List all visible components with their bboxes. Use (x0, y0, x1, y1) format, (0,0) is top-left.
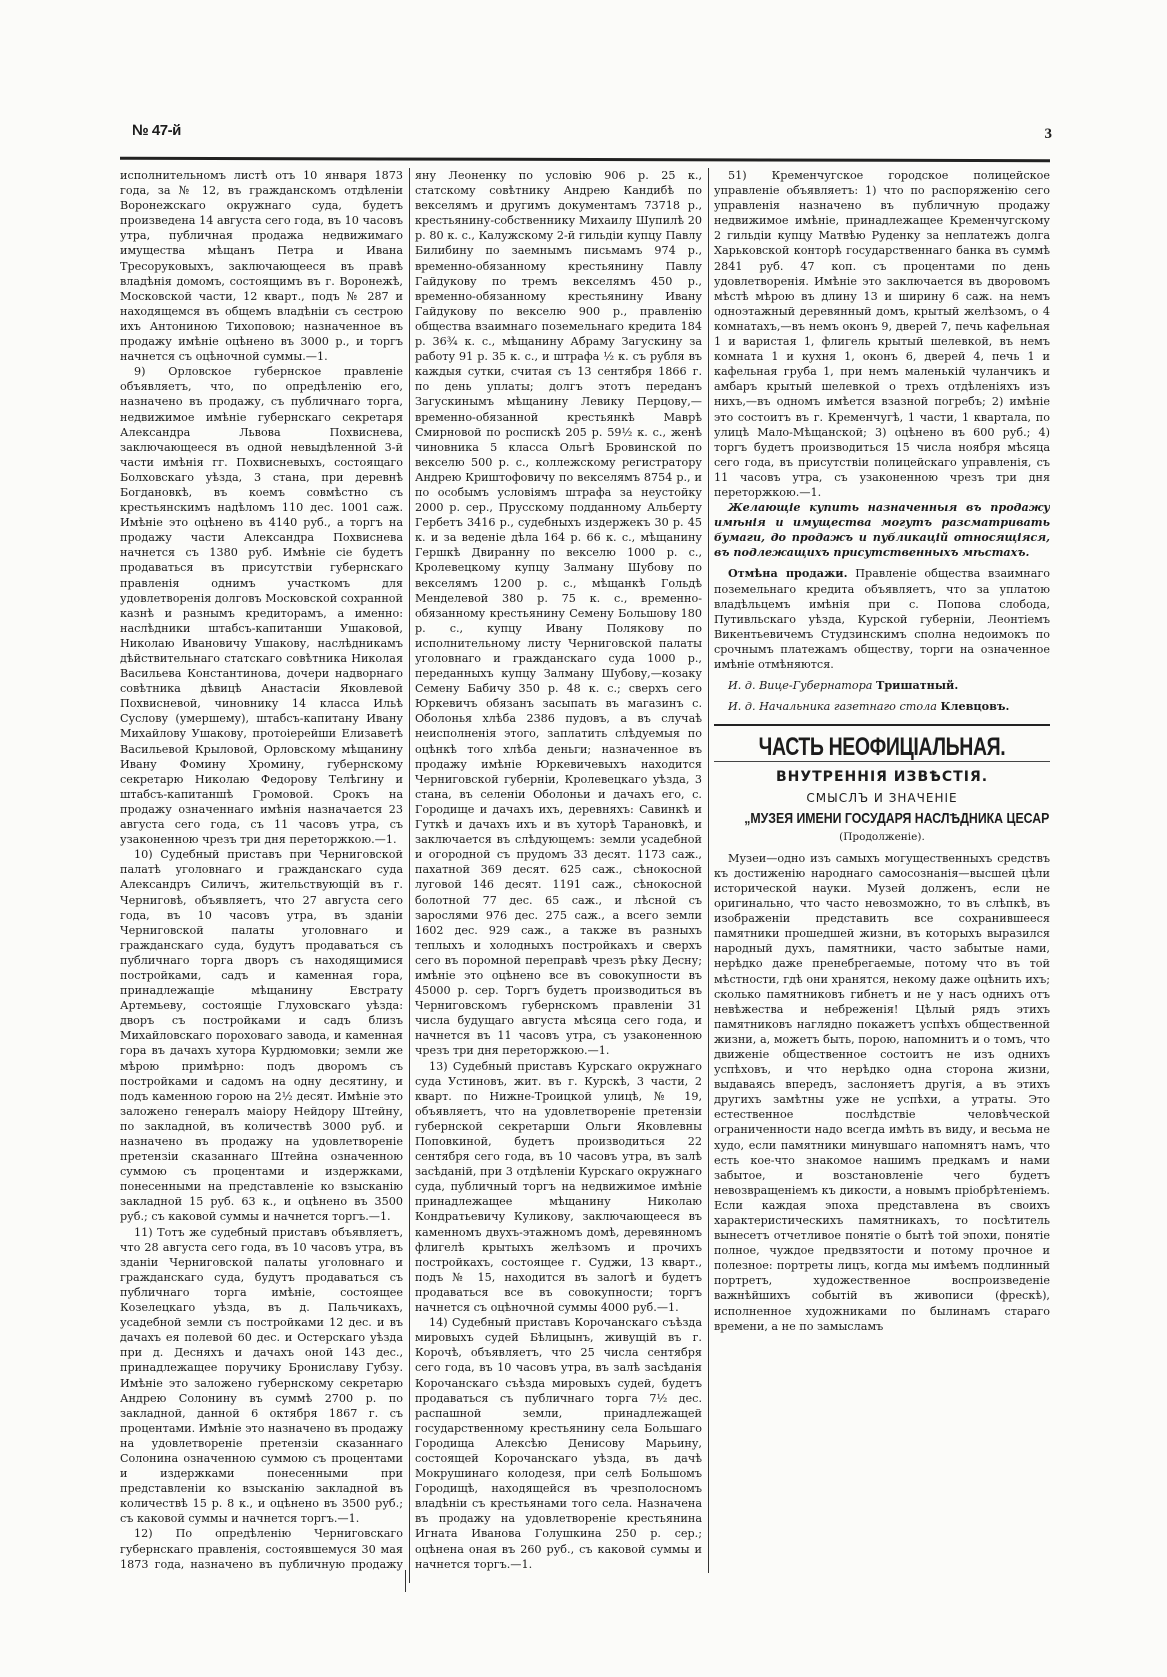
notice-9: 9) Орловское губернское правленіе объявл… (120, 364, 403, 847)
article-continued-label: (Продолженіе). (714, 830, 1050, 845)
article-kicker: СМЫСЛЪ И ЗНАЧЕНІЕ (714, 791, 1050, 806)
newspaper-columns: исполнительномъ листѣ отъ 10 января 1873… (120, 168, 1050, 1578)
notice-12-continuation: яну Леоненку по условію 906 р. 25 к., ст… (415, 168, 702, 1059)
cancellation-lead: Отмѣна продажи. (728, 566, 848, 580)
page-number: 3 (1045, 126, 1053, 143)
signature-vice-governor: И. д. Вице-Губернатора Тришатный. (714, 678, 1050, 693)
cancellation-text: Правленіе общества взаимнаго поземельнаг… (714, 567, 1050, 671)
signature-name: Тришатный. (876, 678, 958, 692)
notice-continuation: исполнительномъ листѣ отъ 10 января 1873… (120, 168, 403, 364)
cancellation-notice: Отмѣна продажи. Правленіе общества взаим… (714, 566, 1050, 672)
column-divider (409, 168, 410, 1583)
column-2: яну Леоненку по условію 906 р. 25 к., ст… (415, 168, 702, 1573)
section-rule (714, 724, 1050, 726)
notice-10: 10) Судебный приставъ при Черниговской п… (120, 847, 403, 1224)
notice-11: 11) Тотъ же судебный приставъ объявляетъ… (120, 1225, 403, 1527)
signature-name: Клевцовъ. (940, 699, 1009, 713)
buyers-notice: Желающіе купить назначенныя въ продажу и… (714, 500, 1050, 560)
column-1: исполнительномъ листѣ отъ 10 января 1873… (120, 168, 403, 1573)
signature-desk-chief: И. д. Начальника газетнаго стола Клевцов… (714, 699, 1050, 714)
section-subrule (714, 761, 1050, 762)
notice-13: 13) Судебный приставъ Курскаго окружнаго… (415, 1059, 702, 1316)
article-body: Музеи—одно изъ самыхъ могущественныхъ ср… (714, 851, 1050, 1334)
column-3: 51) Кременчугское городское полицейское … (714, 168, 1050, 1573)
notice-12: 12) По опредѣленію Черниговскаго губернс… (120, 1526, 403, 1573)
signature-title: И. д. Вице-Губернатора (728, 679, 872, 692)
column-divider (708, 168, 709, 1573)
page-header: № 47-й 3 (132, 122, 1052, 144)
header-rule (120, 157, 1050, 162)
section-title: ЧАСТЬ НЕОФИЦІАЛЬНАЯ. (751, 740, 1013, 755)
printing-mark (405, 1570, 406, 1592)
article-title: „МУЗЕЯ ИМЕНИ ГОСУДАРЯ НАСЛѢДНИКА ЦЕСАРЕВ… (744, 811, 1020, 826)
notice-51: 51) Кременчугское городское полицейское … (714, 168, 1050, 500)
subsection-title: ВНУТРЕННІЯ ИЗВѢСТІЯ. (714, 770, 1050, 785)
issue-number: № 47-й (132, 122, 181, 139)
signature-title: И. д. Начальника газетнаго стола (728, 700, 937, 713)
notice-14: 14) Судебный приставъ Корочанскаго съѣзд… (415, 1315, 702, 1572)
